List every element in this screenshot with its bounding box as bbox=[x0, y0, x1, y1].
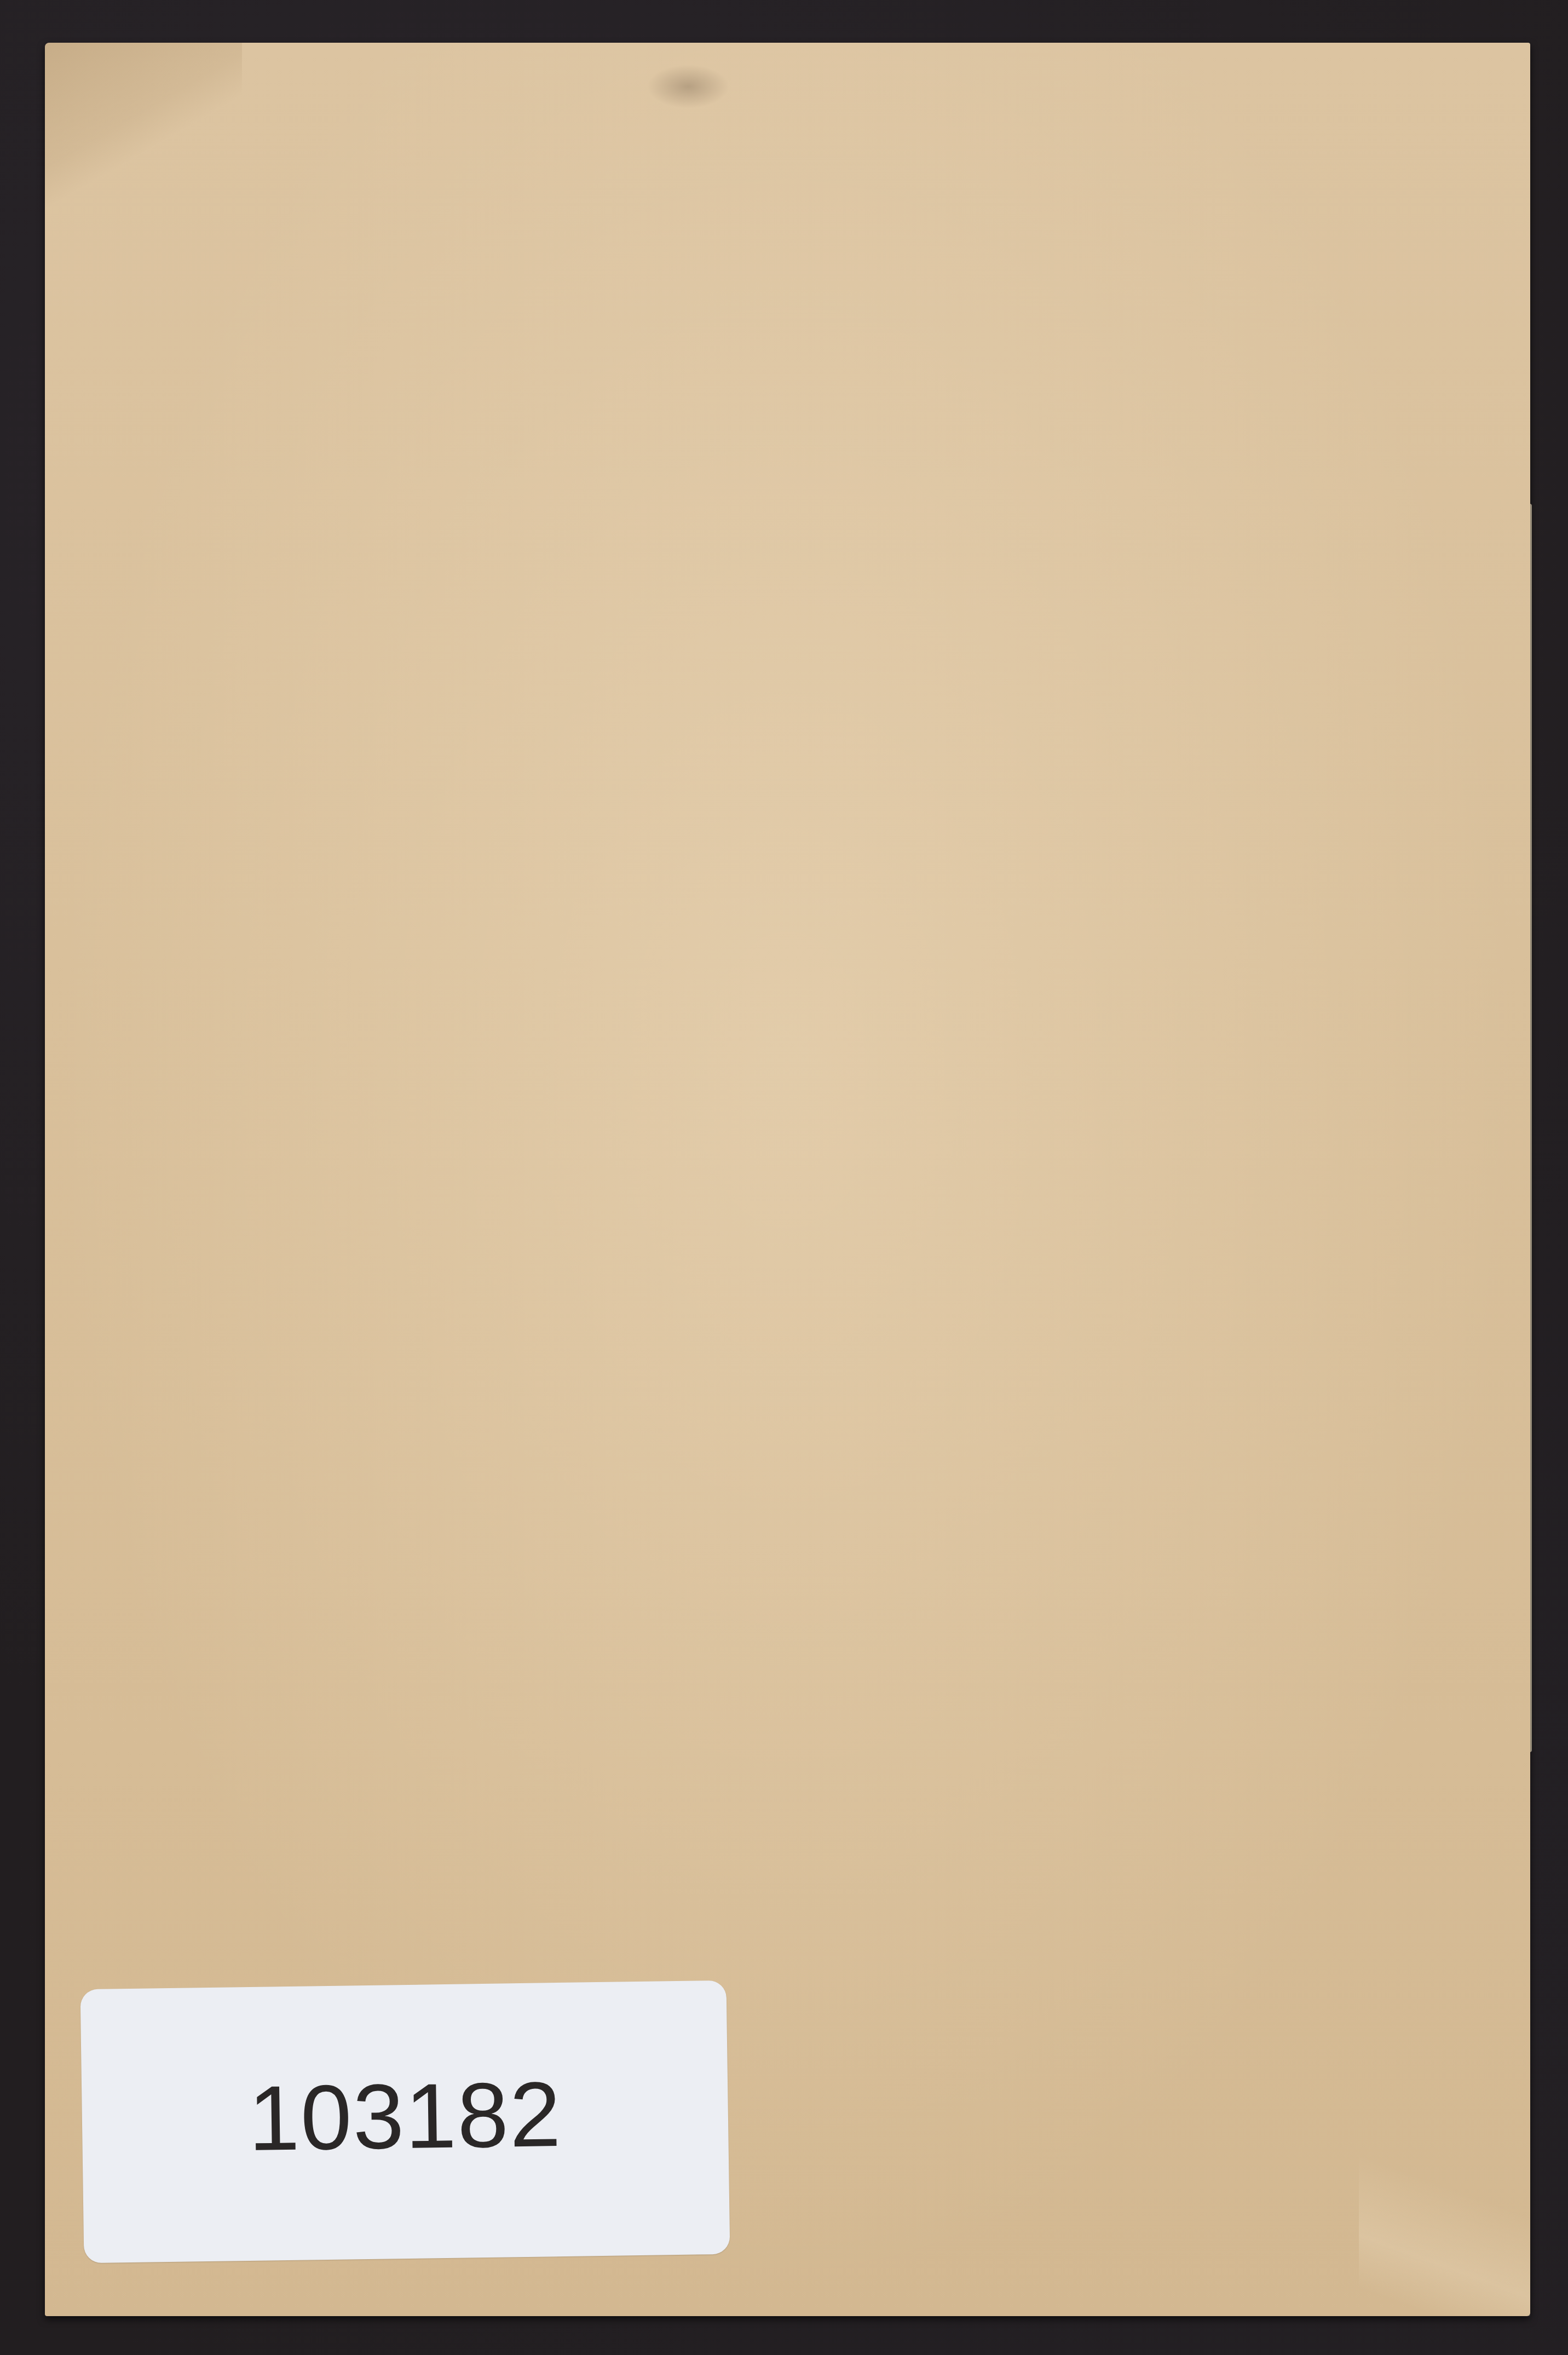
catalog-label: 103182 bbox=[80, 1980, 730, 2263]
smudge-mark bbox=[647, 65, 729, 108]
corner-crease bbox=[45, 43, 242, 207]
edge-wear bbox=[1359, 2108, 1530, 2316]
back-cover bbox=[45, 43, 1530, 2316]
catalog-number: 103182 bbox=[247, 2062, 562, 2172]
